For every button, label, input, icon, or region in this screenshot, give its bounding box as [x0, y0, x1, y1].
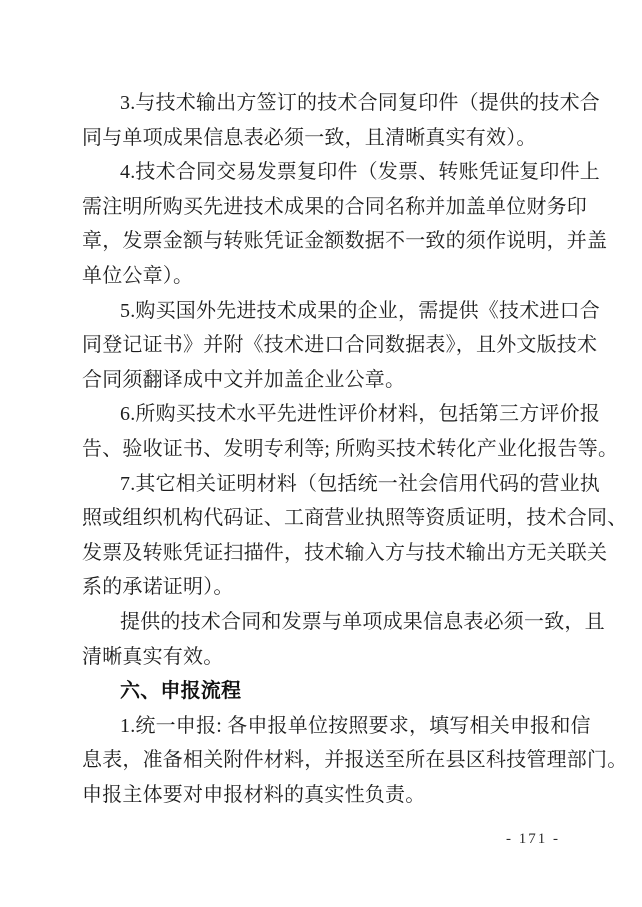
text-line: 章，发票金额与转账凭证金额数据不一致的须作说明，并盖 — [82, 224, 576, 259]
text-line: 清晰真实有效。 — [82, 640, 576, 675]
text-line: 同与单项成果信息表必须一致，且清晰真实有效）。 — [82, 121, 576, 156]
text-line: 合同须翻译成中文并加盖企业公章。 — [82, 363, 576, 398]
text-line: 4.技术合同交易发票复印件（发票、转账凭证复印件上 — [82, 155, 576, 190]
text-line: 提供的技术合同和发票与单项成果信息表必须一致，且 — [82, 605, 576, 640]
text-line: 5.购买国外先进技术成果的企业，需提供《技术进口合 — [82, 294, 576, 329]
text-line: 单位公章）。 — [82, 259, 576, 294]
text-line: 发票及转账凭证扫描件，技术输入方与技术输出方无关联关 — [82, 536, 576, 571]
document-body: 3.与技术输出方签订的技术合同复印件（提供的技术合同与单项成果信息表必须一致，且… — [82, 86, 576, 812]
document-page: 3.与技术输出方签订的技术合同复印件（提供的技术合同与单项成果信息表必须一致，且… — [0, 0, 642, 907]
text-line: 告、验收证书、发明专利等; 所购买技术转化产业化报告等。 — [82, 432, 576, 467]
text-line: 照或组织机构代码证、工商营业执照等资质证明，技术合同、 — [82, 501, 576, 536]
text-line: 7.其它相关证明材料（包括统一社会信用代码的营业执 — [82, 467, 576, 502]
text-line: 申报主体要对申报材料的真实性负责。 — [82, 778, 576, 813]
text-line: 6.所购买技术水平先进性评价材料，包括第三方评价报 — [82, 397, 576, 432]
section-heading: 六、申报流程 — [82, 674, 576, 709]
text-line: 1.统一申报: 各申报单位按照要求，填写相关申报和信 — [82, 709, 576, 744]
text-line: 同登记证书》并附《技术进口合同数据表》，且外文版技术 — [82, 328, 576, 363]
text-line: 系的承诺证明）。 — [82, 570, 576, 605]
text-line: 3.与技术输出方签订的技术合同复印件（提供的技术合 — [82, 86, 576, 121]
text-line: 息表，准备相关附件材料，并报送至所在县区科技管理部门。 — [82, 743, 576, 778]
page-number: - 171 - — [506, 830, 560, 848]
text-line: 需注明所购买先进技术成果的合同名称并加盖单位财务印 — [82, 190, 576, 225]
